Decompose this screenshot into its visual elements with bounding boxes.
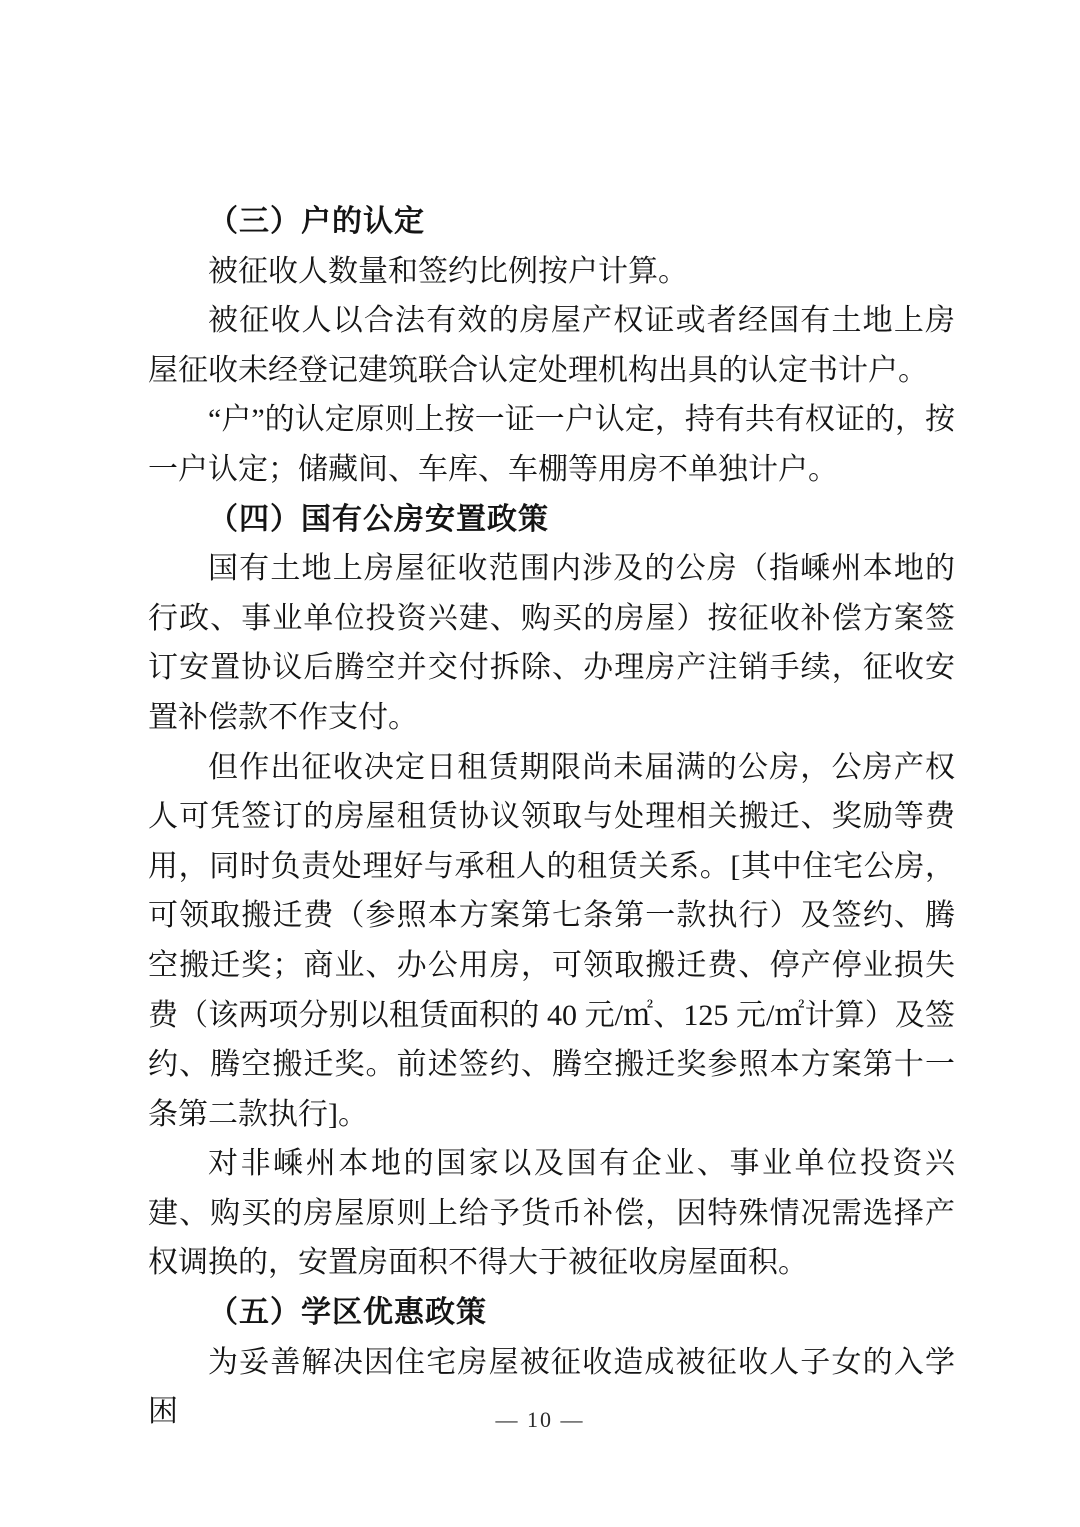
paragraph: 被征收人以合法有效的房屋产权证或者经国有土地上房屋征收未经登记建筑联合认定处理机… (148, 296, 955, 395)
section-heading: （四）国有公房安置政策 (148, 495, 955, 545)
section-heading: （三）户的认定 (148, 197, 955, 247)
section-public-housing-policy: （四）国有公房安置政策 国有土地上房屋征收范围内涉及的公房（指嵊州本地的行政、事… (148, 495, 955, 1289)
paragraph: 对非嵊州本地的国家以及国有企业、事业单位投资兴建、购买的房屋原则上给予货币补偿，… (148, 1139, 955, 1288)
page-number: — 10 — (0, 1405, 1080, 1435)
section-heading: （五）学区优惠政策 (148, 1288, 955, 1338)
paragraph: 被征收人数量和签约比例按户计算。 (148, 247, 955, 297)
paragraph: 但作出征收决定日租赁期限尚未届满的公房，公房产权人可凭签订的房屋租赁协议领取与处… (148, 743, 955, 1140)
paragraph: “户”的认定原则上按一证一户认定，持有共有权证的，按一户认定；储藏间、车库、车棚… (148, 395, 955, 494)
document-body: （三）户的认定 被征收人数量和签约比例按户计算。 被征收人以合法有效的房屋产权证… (148, 197, 955, 1437)
section-hu-ruling: （三）户的认定 被征收人数量和签约比例按户计算。 被征收人以合法有效的房屋产权证… (148, 197, 955, 495)
document-page: （三）户的认定 被征收人数量和签约比例按户计算。 被征收人以合法有效的房屋产权证… (0, 0, 1080, 1527)
paragraph: 国有土地上房屋征收范围内涉及的公房（指嵊州本地的行政、事业单位投资兴建、购买的房… (148, 544, 955, 742)
